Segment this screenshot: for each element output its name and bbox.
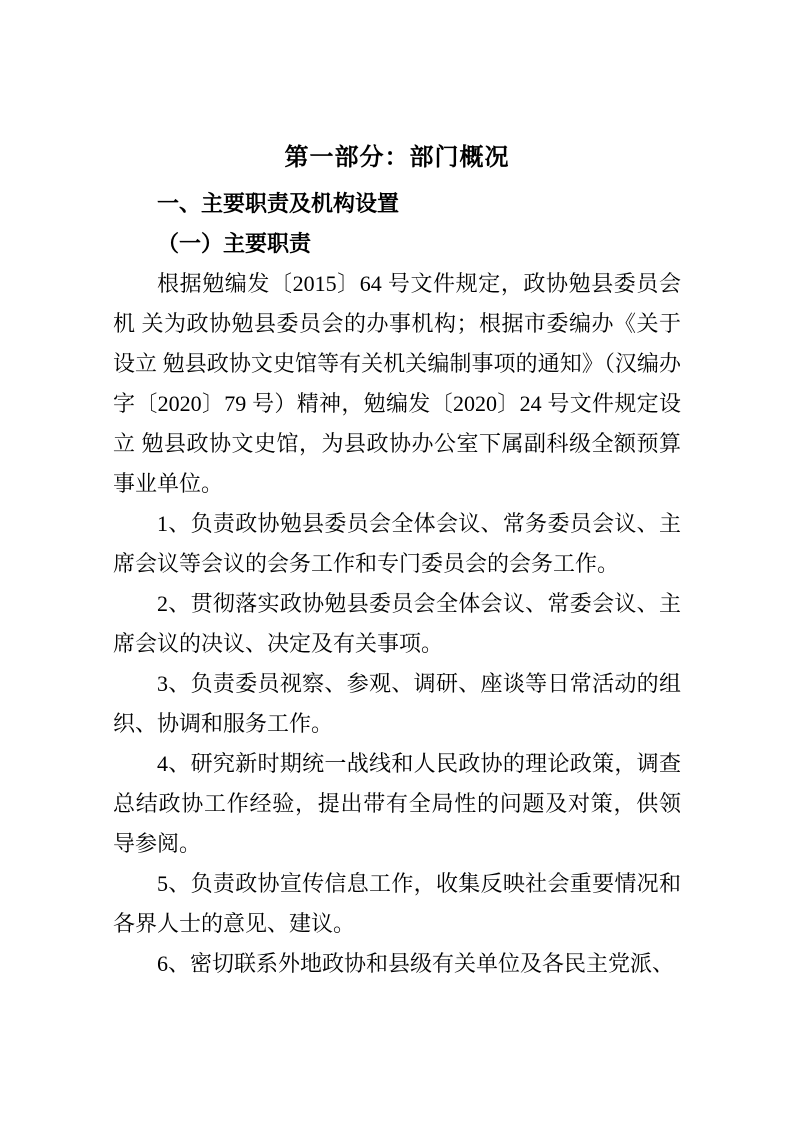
paragraph-item-5: 5、负责政协宣传信息工作，收集反映社会重要情况和各界人士的意见、建议。: [113, 864, 681, 944]
paragraph-intro: 根据勉编发〔2015〕64 号文件规定，政协勉县委员会机 关为政协勉县委员会的办…: [113, 264, 681, 504]
paragraph-item-1: 1、负责政协勉县委员会全体会议、常务委员会议、主席会议等会议的会务工作和专门委员…: [113, 504, 681, 584]
document-title: 第一部分：部门概况: [113, 140, 681, 176]
document-content: 第一部分：部门概况 一、主要职责及机构设置 （一）主要职责 根据勉编发〔2015…: [113, 140, 681, 984]
subsection-heading: （一）主要职责: [113, 224, 681, 264]
document-page: 第一部分：部门概况 一、主要职责及机构设置 （一）主要职责 根据勉编发〔2015…: [0, 0, 793, 1122]
paragraph-item-2: 2、贯彻落实政协勉县委员会全体会议、常委会议、主席会议的决议、决定及有关事项。: [113, 584, 681, 664]
paragraph-item-6: 6、密切联系外地政协和县级有关单位及各民主党派、: [113, 944, 681, 984]
section-heading: 一、主要职责及机构设置: [113, 184, 681, 224]
paragraph-item-3: 3、负责委员视察、参观、调研、座谈等日常活动的组织、协调和服务工作。: [113, 664, 681, 744]
paragraph-item-4: 4、研究新时期统一战线和人民政协的理论政策，调查总结政协工作经验，提出带有全局性…: [113, 744, 681, 864]
body-text: 根据勉编发〔2015〕64 号文件规定，政协勉县委员会机 关为政协勉县委员会的办…: [113, 264, 681, 984]
